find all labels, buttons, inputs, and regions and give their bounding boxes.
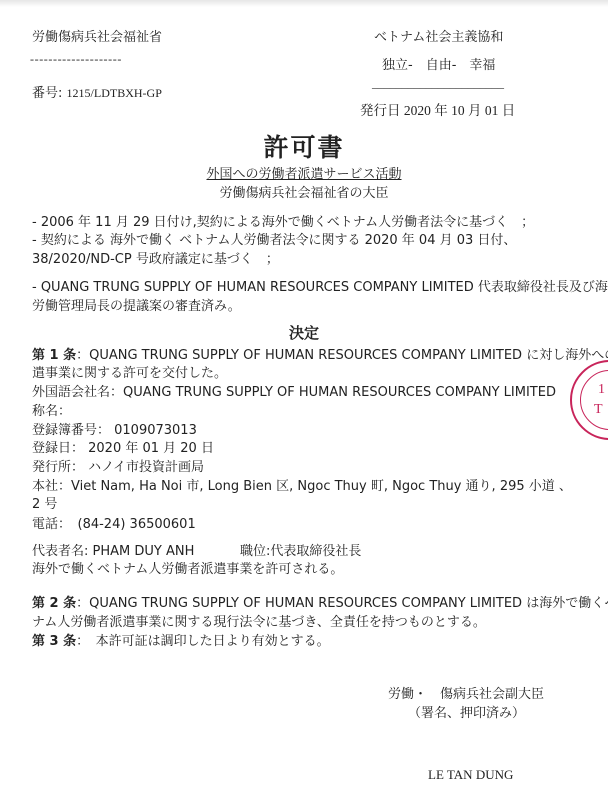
article-2-text: ：QUANG TRUNG SUPPLY OF HUMAN RESOURCES C…: [76, 596, 608, 611]
signature-note: （署名、押印済み）: [408, 702, 525, 721]
header-left-divider: --------------------: [30, 52, 122, 67]
official-seal-glyph-2: T: [594, 402, 603, 418]
preamble-line-3: 38/2020/ND-CP 号政府議定に基づく ；: [32, 248, 279, 267]
article-2-line-2: ナム人労働者派遣事業に関する現行法令に基づき、全責任を持つものとする。: [32, 611, 486, 630]
document-number-value: 1215/LDTBXH-GP: [67, 86, 162, 100]
document-number: 番号: 1215/LDTBXH-GP: [32, 82, 162, 101]
preamble-line-2: - 契約による 海外で働く ベトナム人労働者法令に関する 2020 年 04 月…: [32, 229, 516, 248]
page-top-shadow: [0, 0, 608, 7]
field-registration-number: 登録簿番号： 0109073013: [32, 419, 197, 438]
document-title: 許可書: [0, 128, 608, 164]
field-position: 職位:代表取締役社長: [240, 540, 361, 559]
article-2-label: 第 2 条: [32, 596, 76, 611]
header-right-divider: ______________________: [372, 76, 504, 91]
national-motto: 独立- 自由- 幸福: [382, 54, 495, 73]
field-short-name: 称名：: [32, 400, 71, 419]
article-3-label: 第 3 条: [32, 634, 76, 649]
field-foreign-company-name: 外国語会社名：QUANG TRUNG SUPPLY OF HUMAN RESOU…: [32, 381, 556, 400]
signatory-name: LE TAN DUNG: [428, 767, 513, 783]
official-seal-inner-ring: [580, 370, 608, 430]
official-seal-glyph-1: 1: [598, 382, 605, 398]
preamble-line-1: - 2006 年 11 月 29 日付け,契約による海外で働くベトナム人労働者法…: [32, 211, 534, 230]
article-1-label: 第 1 条: [32, 348, 76, 363]
document-subtitle: 外国への労働者派遣サービス活動: [0, 163, 608, 182]
signatory-title: 労働・ 傷病兵社会副大臣: [388, 683, 544, 702]
decision-heading: 決定: [0, 322, 608, 343]
article-1-line-1: 第 1 条：QUANG TRUNG SUPPLY OF HUMAN RESOUR…: [32, 344, 608, 363]
preamble-line-4: - QUANG TRUNG SUPPLY OF HUMAN RESOURCES …: [32, 276, 608, 295]
document-number-label: 番号:: [32, 86, 62, 101]
field-registration-date: 登録日： 2020 年 01 月 20 日: [32, 437, 214, 456]
country-name: ベトナム社会主義協和: [374, 26, 503, 45]
field-issued-by: 発行所： ハノイ市投資計画局: [32, 456, 204, 475]
article-1-text: ：QUANG TRUNG SUPPLY OF HUMAN RESOURCES C…: [76, 348, 608, 363]
article-1-line-2: 遣事業に関する許可を交付した。: [32, 362, 227, 381]
field-phone: 電話： (84-24) 36500601: [32, 513, 196, 532]
field-representative: 代表者名: PHAM DUY ANH: [32, 540, 194, 559]
preamble-line-5: 労働管理局長の提議案の審査済み。: [32, 295, 241, 314]
issuing-authority: 労働傷病兵社会福祉省の大臣: [0, 182, 608, 201]
permission-statement: 海外で働くベトナム人労働者派遣事業を許可される。: [32, 558, 343, 577]
issue-date: 発行日 2020 年 10 月 01 日: [360, 99, 515, 119]
field-headquarters-line-2: 2 号: [32, 493, 57, 512]
ministry-name: 労働傷病兵社会福祉省: [32, 26, 162, 45]
article-3-text: ： 本許可証は調印した日より有効とする。: [76, 634, 330, 649]
article-2-line-1: 第 2 条：QUANG TRUNG SUPPLY OF HUMAN RESOUR…: [32, 592, 608, 611]
field-headquarters-line-1: 本社：Viet Nam, Ha Noi 市, Long Bien 区, Ngoc…: [32, 475, 572, 494]
article-3: 第 3 条： 本許可証は調印した日より有効とする。: [32, 630, 330, 649]
official-seal: 1 T: [570, 360, 608, 440]
